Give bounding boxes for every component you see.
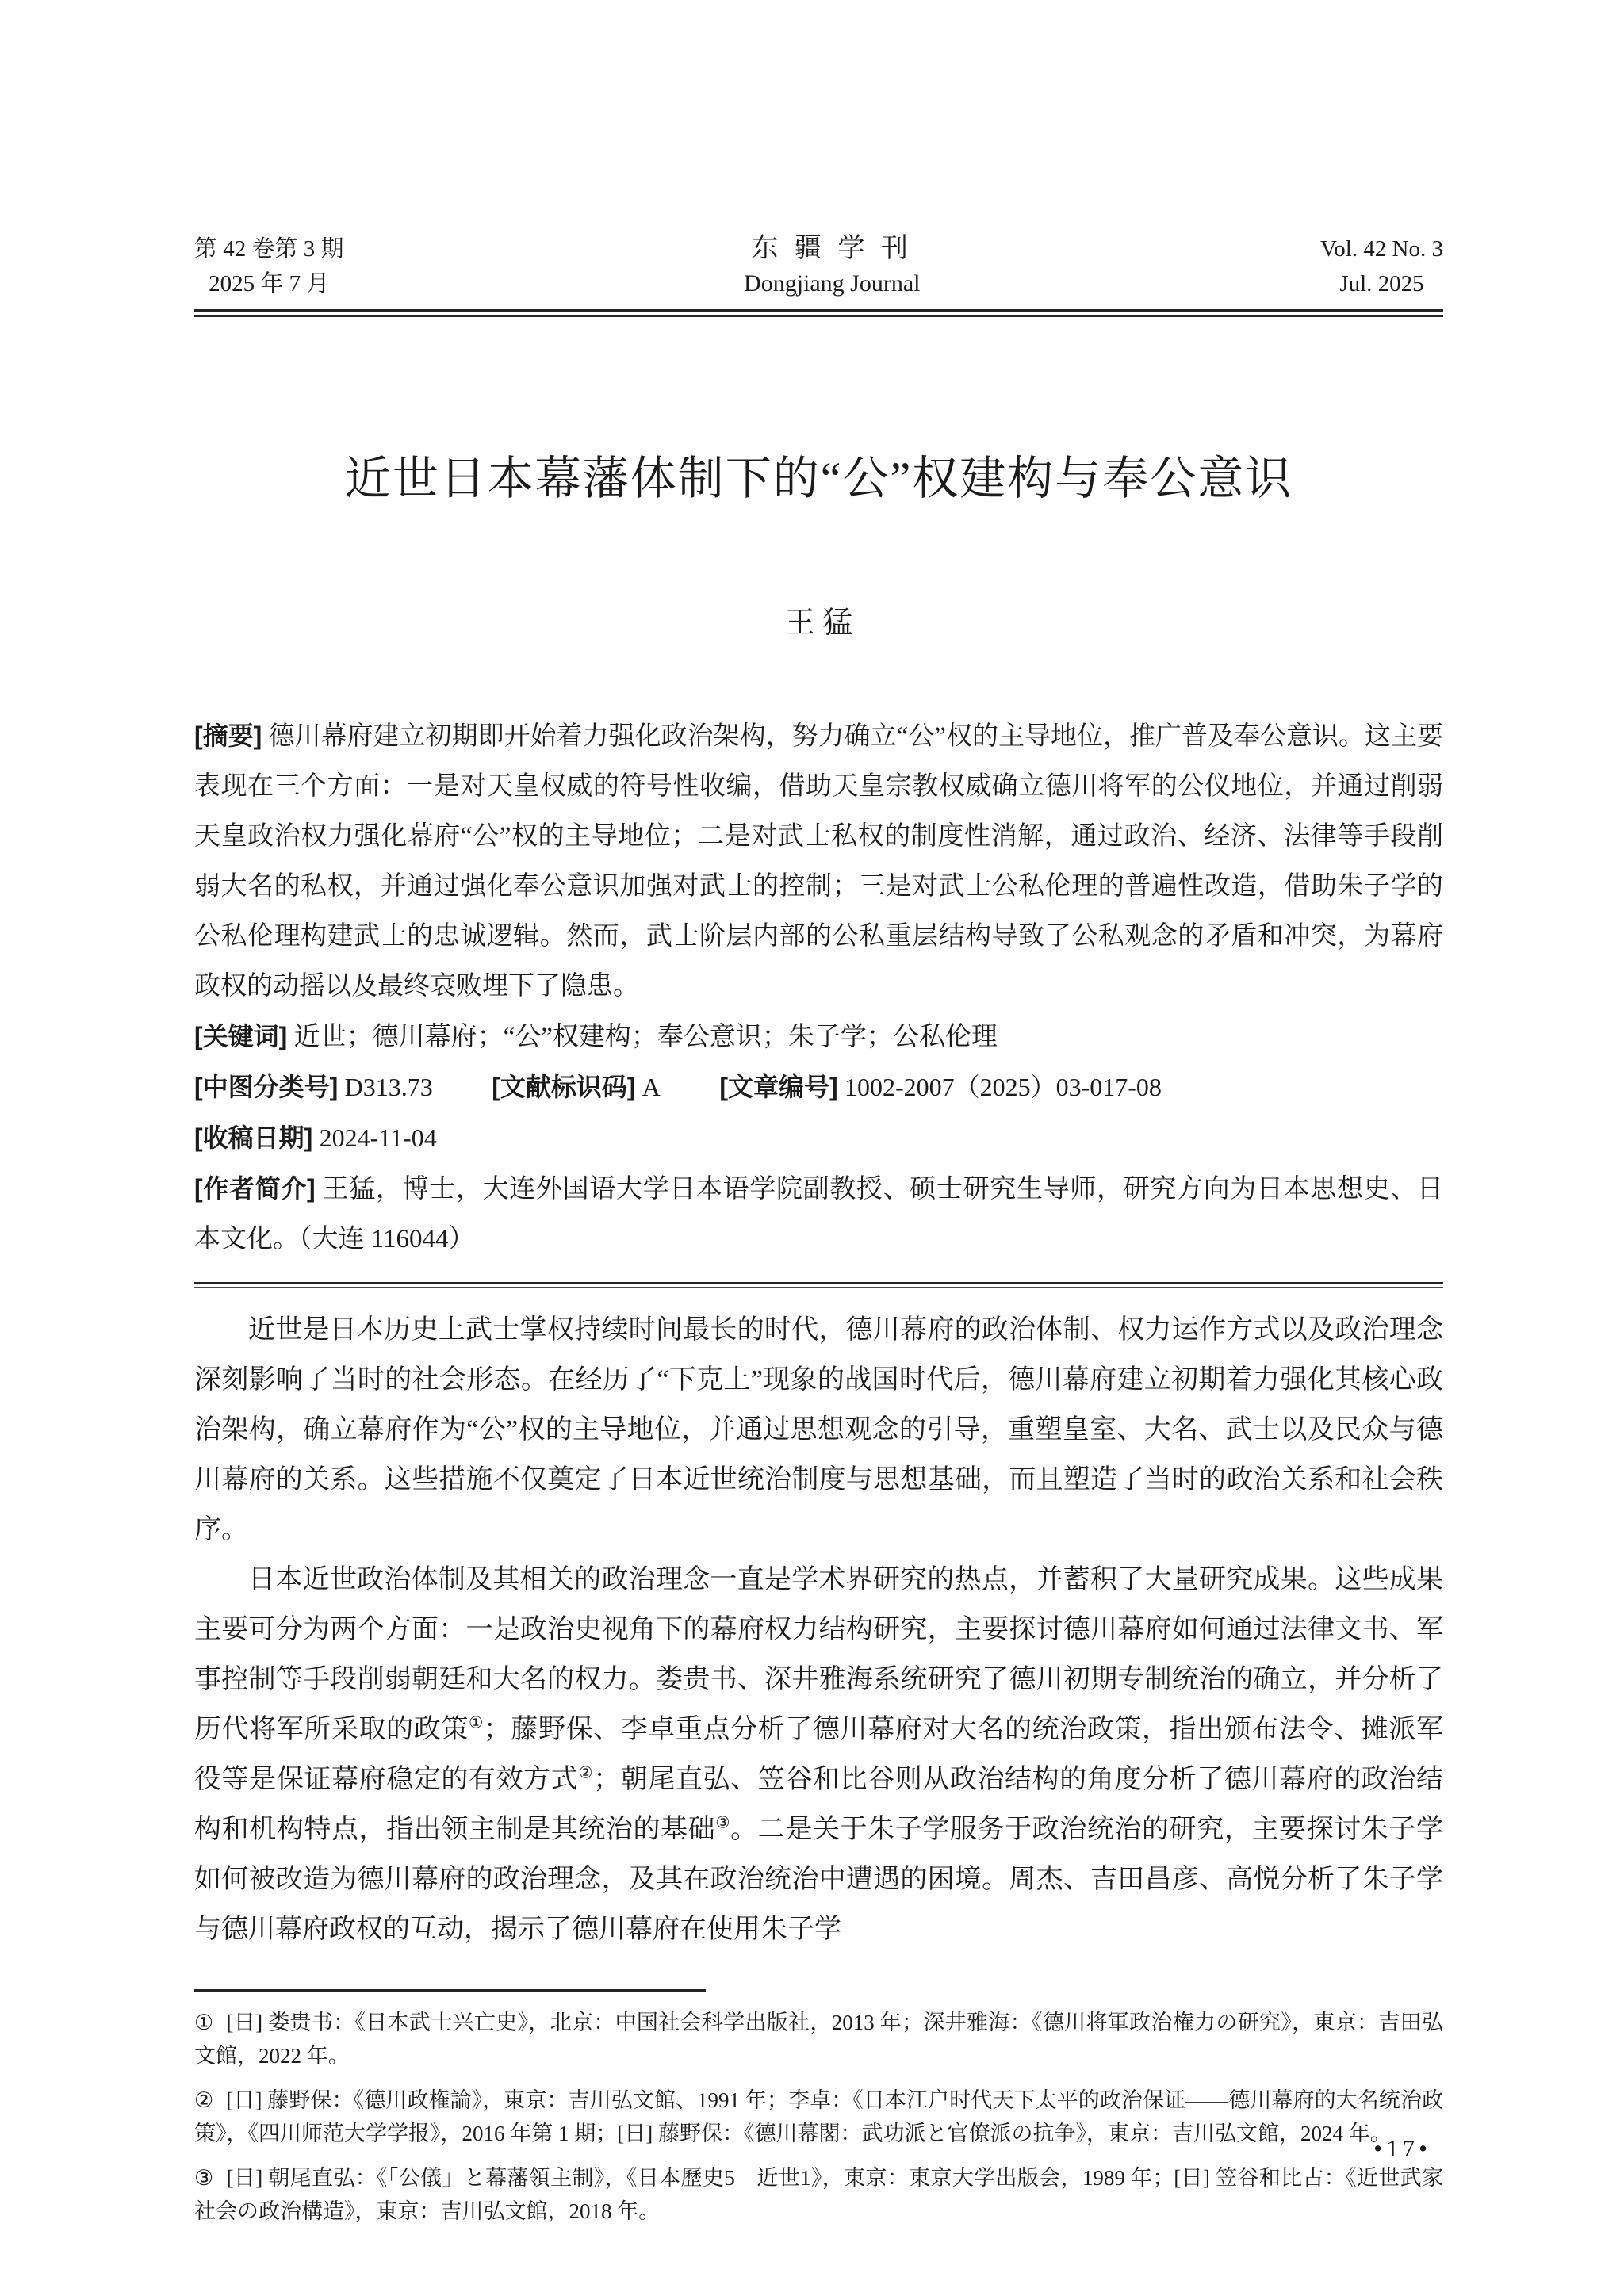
issue-volume: 第 42 卷第 3 期 xyxy=(194,232,344,266)
running-head: 第 42 卷第 3 期 2025 年 7 月 东 疆 学 刊 Dongjiang… xyxy=(194,232,1443,301)
footnote-item: ①[日] 娄贵书：《日本武士兴亡史》，北京：中国社会科学出版社，2013 年；深… xyxy=(194,2006,1443,2072)
author-name: 王 猛 xyxy=(194,598,1443,641)
header-divider xyxy=(194,309,1443,317)
footnote-text: [日] 朝尾直弘：《「公儀」と幕藩領主制》，《日本歷史5 近世1》，東京：東京大… xyxy=(194,2166,1443,2223)
abstract-text: 德川幕府建立初期即开始着力强化政治架构，努力确立“公”权的主导地位，推广普及奉公… xyxy=(194,722,1443,1001)
keywords-text: 近世；德川幕府；“公”权建构；奉公意识；朱子学；公私伦理 xyxy=(294,1023,998,1051)
author-bio-row: [作者简介] 王猛，博士，大连外国语大学日本语学院副教授、硕士研究生导师，研究方… xyxy=(194,1164,1443,1265)
body-paragraph-2: 日本近世政治体制及其相关的政治理念一直是学术界研究的热点，并蓄积了大量研究成果。… xyxy=(194,1555,1443,1954)
journal-name-cn: 东 疆 学 刊 xyxy=(744,232,920,266)
keywords-label: [关键词] xyxy=(194,1022,287,1050)
clc-value: D313.73 xyxy=(345,1073,433,1101)
footnote-divider xyxy=(194,1989,706,1992)
received-value: 2024-11-04 xyxy=(320,1123,437,1152)
footnote-text: [日] 藤野保：《德川政権論》，東京：吉川弘文館、1991 年；李卓：《日本江户… xyxy=(194,2088,1443,2145)
clc-label: [中图分类号] xyxy=(194,1073,338,1101)
received-label: [收稿日期] xyxy=(194,1123,312,1152)
footnote-ref: ③ xyxy=(715,1815,730,1832)
article-body: 近世是日本历史上武士掌权持续时间最长的时代，德川幕府的政治体制、权力运作方式以及… xyxy=(194,1305,1443,1954)
footnote-text: [日] 娄贵书：《日本武士兴亡史》，北京：中国社会科学出版社，2013 年；深井… xyxy=(194,2011,1443,2068)
article-id-value: 1002-2007（2025）03-017-08 xyxy=(845,1073,1162,1101)
running-head-center: 东 疆 学 刊 Dongjiang Journal xyxy=(744,232,920,301)
footnote-item: ③[日] 朝尾直弘：《「公儀」と幕藩領主制》，《日本歷史5 近世1》，東京：東京… xyxy=(194,2161,1443,2228)
footnote-marker: ③ xyxy=(194,2166,214,2190)
journal-page: 第 42 卷第 3 期 2025 年 7 月 东 疆 学 刊 Dongjiang… xyxy=(0,0,1624,2296)
abstract: [摘要] 德川幕府建立初期即开始着力强化政治架构，努力确立“公”权的主导地位，推… xyxy=(194,711,1443,1012)
issue-date-cn: 2025 年 7 月 xyxy=(194,266,344,301)
footnote-list: ①[日] 娄贵书：《日本武士兴亡史》，北京：中国社会科学出版社，2013 年；深… xyxy=(194,2006,1443,2228)
body-paragraph-1: 近世是日本历史上武士掌权持续时间最长的时代，德川幕府的政治体制、权力运作方式以及… xyxy=(194,1305,1443,1555)
keywords: [关键词] 近世；德川幕府；“公”权建构；奉公意识；朱子学；公私伦理 xyxy=(194,1012,1443,1062)
footnote-ref: ② xyxy=(578,1765,593,1782)
running-head-right: Vol. 42 No. 3 Jul. 2025 xyxy=(1320,232,1443,301)
page-number: •17• xyxy=(1373,2134,1431,2163)
bio-label: [作者简介] xyxy=(194,1174,316,1203)
issue-date-en: Jul. 2025 xyxy=(1320,266,1443,301)
footnote-item: ②[日] 藤野保：《德川政権論》，東京：吉川弘文館、1991 年；李卓：《日本江… xyxy=(194,2084,1443,2150)
classification-row: [中图分类号] D313.73 [文献标识码] A [文章编号] 1002-20… xyxy=(194,1062,1443,1113)
bio-text: 王猛，博士，大连外国语大学日本语学院副教授、硕士研究生导师，研究方向为日本思想史… xyxy=(194,1175,1443,1253)
footnote-marker: ② xyxy=(194,2088,213,2112)
footnote-ref: ① xyxy=(469,1715,484,1732)
article-id-label: [文章编号] xyxy=(719,1073,837,1101)
article-title: 近世日本幕藩体制下的“公”权建构与奉公意识 xyxy=(194,441,1443,507)
doc-code-value: A xyxy=(642,1073,661,1101)
footnotes-section: ①[日] 娄贵书：《日本武士兴亡史》，北京：中国社会科学出版社，2013 年；深… xyxy=(194,1989,1443,2228)
doc-code-label: [文献标识码] xyxy=(492,1073,635,1101)
footnote-marker: ① xyxy=(194,2011,214,2034)
volume-number-en: Vol. 42 No. 3 xyxy=(1320,232,1443,266)
front-matter: [摘要] 德川幕府建立初期即开始着力强化政治架构，努力确立“公”权的主导地位，推… xyxy=(194,711,1443,1265)
frontmatter-divider xyxy=(194,1282,1443,1288)
abstract-label: [摘要] xyxy=(194,721,262,750)
journal-name-en: Dongjiang Journal xyxy=(744,266,920,301)
running-head-left: 第 42 卷第 3 期 2025 年 7 月 xyxy=(194,232,344,301)
received-date-row: [收稿日期] 2024-11-04 xyxy=(194,1113,1443,1164)
